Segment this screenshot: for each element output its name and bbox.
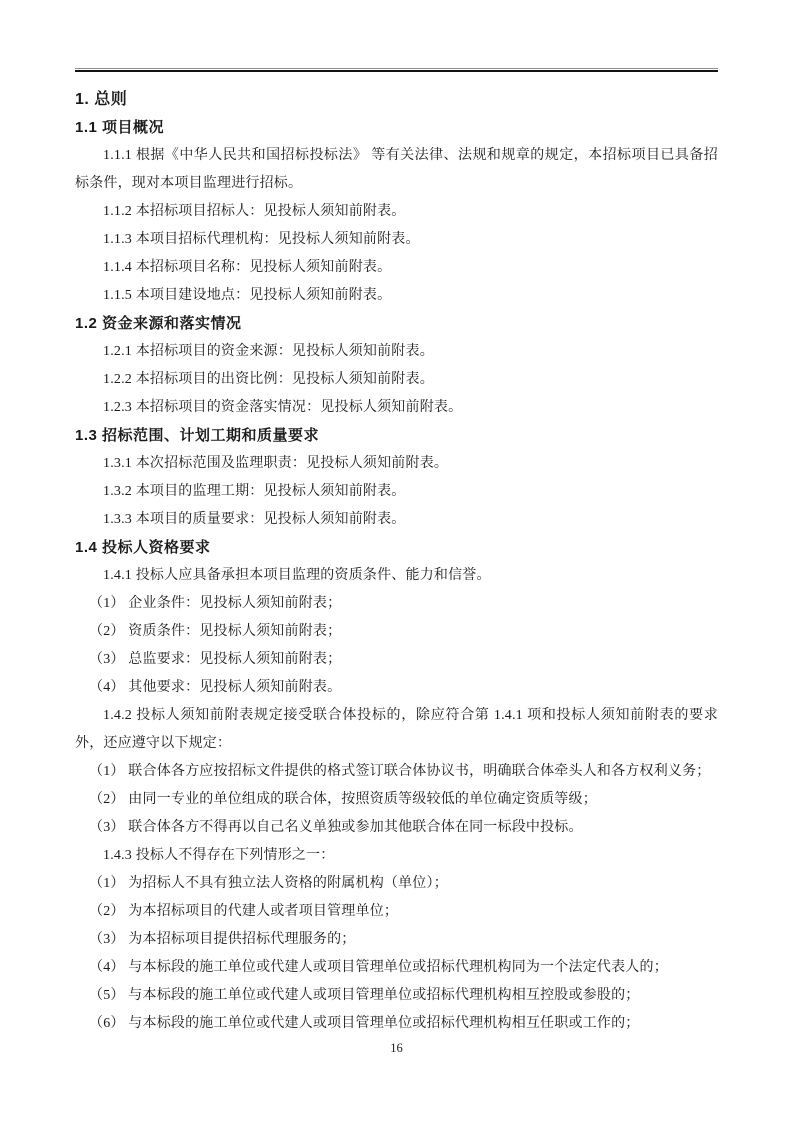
paragraph: 1.3.1 本次招标范围及监理职责：见投标人须知前附表。 bbox=[75, 450, 718, 478]
paragraph: 1.3.2 本项目的监理工期：见投标人须知前附表。 bbox=[75, 478, 718, 506]
subsection-heading: 1.3 招标范围、计划工期和质量要求 bbox=[75, 422, 718, 450]
paragraph: 1.2.1 本招标项目的资金来源：见投标人须知前附表。 bbox=[75, 338, 718, 366]
paragraph: （1） 企业条件：见投标人须知前附表； bbox=[75, 590, 718, 618]
document-body: 1. 总则1.1 项目概况1.1.1 根据《中华人民共和国招标投标法》 等有关法… bbox=[75, 86, 718, 1038]
paragraph: （3） 联合体各方不得再以自己名义单独或参加其他联合体在同一标段中投标。 bbox=[75, 814, 718, 842]
paragraph: （6） 与本标段的施工单位或代建人或项目管理单位或招标代理机构相互任职或工作的； bbox=[75, 1010, 718, 1038]
paragraph: （2） 为本招标项目的代建人或者项目管理单位； bbox=[75, 898, 718, 926]
subsection-heading: 1.1 项目概况 bbox=[75, 114, 718, 142]
paragraph: 1.1.5 本项目建设地点：见投标人须知前附表。 bbox=[75, 282, 718, 310]
paragraph: （3） 为本招标项目提供招标代理服务的； bbox=[75, 926, 718, 954]
paragraph: （1） 为招标人不具有独立法人资格的附属机构（单位）； bbox=[75, 870, 718, 898]
paragraph: （2） 由同一专业的单位组成的联合体，按照资质等级较低的单位确定资质等级； bbox=[75, 786, 718, 814]
paragraph: （4） 与本标段的施工单位或代建人或项目管理单位或招标代理机构同为一个法定代表人… bbox=[75, 954, 718, 982]
paragraph: 1.4.2 投标人须知前附表规定接受联合体投标的，除应符合第 1.4.1 项和投… bbox=[75, 702, 718, 758]
header-rule bbox=[75, 68, 718, 72]
paragraph: 1.3.3 本项目的质量要求：见投标人须知前附表。 bbox=[75, 506, 718, 534]
paragraph: 1.1.3 本项目招标代理机构：见投标人须知前附表。 bbox=[75, 226, 718, 254]
paragraph: 1.4.1 投标人应具备承担本项目监理的资质条件、能力和信誉。 bbox=[75, 562, 718, 590]
paragraph: 1.1.4 本招标项目名称：见投标人须知前附表。 bbox=[75, 254, 718, 282]
subsection-heading: 1.2 资金来源和落实情况 bbox=[75, 310, 718, 338]
paragraph: 1.2.2 本招标项目的出资比例：见投标人须知前附表。 bbox=[75, 366, 718, 394]
subsection-heading: 1.4 投标人资格要求 bbox=[75, 534, 718, 562]
paragraph: 1.1.2 本招标项目招标人：见投标人须知前附表。 bbox=[75, 198, 718, 226]
paragraph: 1.4.3 投标人不得存在下列情形之一： bbox=[75, 842, 718, 870]
paragraph: （3） 总监要求：见投标人须知前附表； bbox=[75, 646, 718, 674]
paragraph: （4） 其他要求：见投标人须知前附表。 bbox=[75, 674, 718, 702]
section-heading: 1. 总则 bbox=[75, 86, 718, 114]
page-number: 16 bbox=[0, 1038, 793, 1058]
paragraph: 1.2.3 本招标项目的资金落实情况：见投标人须知前附表。 bbox=[75, 394, 718, 422]
paragraph: （5） 与本标段的施工单位或代建人或项目管理单位或招标代理机构相互控股或参股的； bbox=[75, 982, 718, 1010]
paragraph: 1.1.1 根据《中华人民共和国招标投标法》 等有关法律、法规和规章的规定，本招… bbox=[75, 142, 718, 198]
paragraph: （2） 资质条件：见投标人须知前附表； bbox=[75, 618, 718, 646]
document-page: 1. 总则1.1 项目概况1.1.1 根据《中华人民共和国招标投标法》 等有关法… bbox=[0, 0, 793, 1122]
paragraph: （1） 联合体各方应按招标文件提供的格式签订联合体协议书，明确联合体牵头人和各方… bbox=[75, 758, 718, 786]
